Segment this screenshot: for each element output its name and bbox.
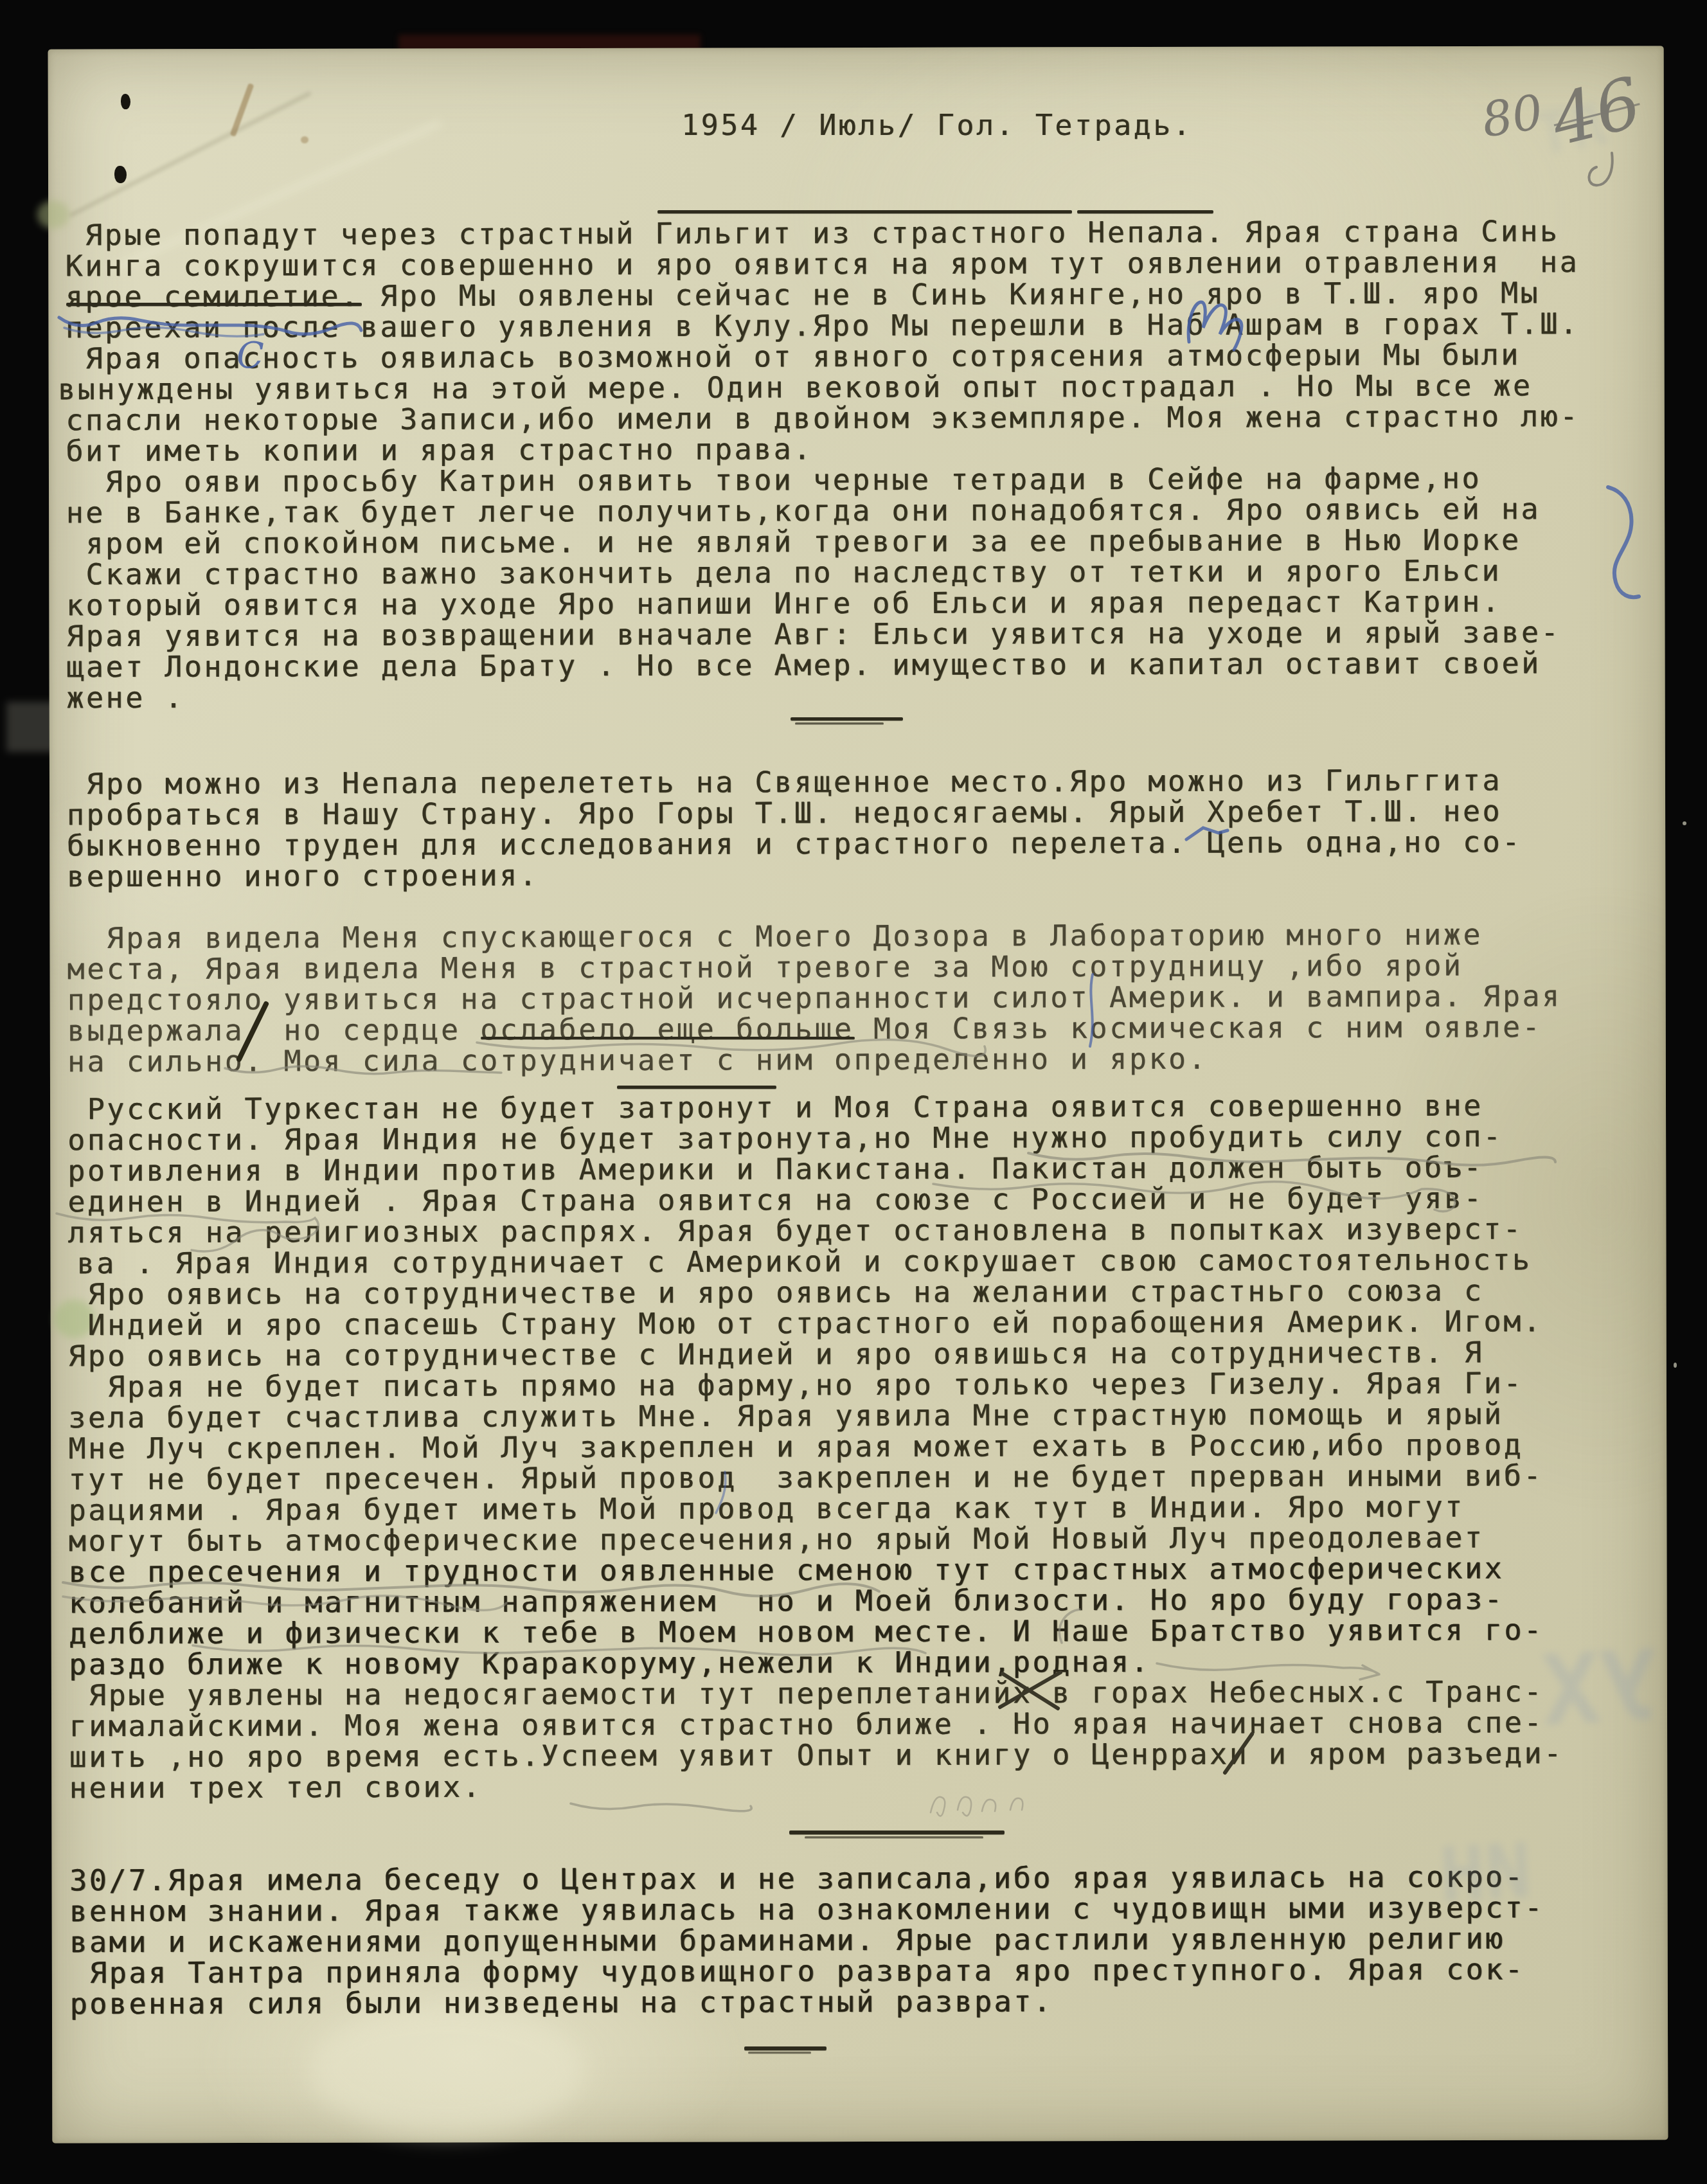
typed-line: быкновенно труден для исследования и стр… bbox=[67, 825, 1522, 863]
typed-line: вершенно иного строения. bbox=[67, 858, 539, 893]
typed-overline bbox=[617, 1086, 776, 1089]
section-separator bbox=[795, 722, 884, 724]
end-separator bbox=[748, 2052, 811, 2054]
typed-line: нении трех тел своих. bbox=[69, 1770, 483, 1805]
scanned-document-page: { "page": { "heading": "1954 / Июль/ Гол… bbox=[0, 0, 1707, 2184]
typed-line: ровенная силя были низведены на страстны… bbox=[70, 1984, 1053, 2021]
typed-line: жене . bbox=[66, 681, 184, 715]
section-separator bbox=[791, 717, 903, 721]
typed-line: на сильно. Моя сила сотрудничает с ним о… bbox=[67, 1042, 1208, 1079]
archival-number-left: 80 bbox=[1478, 84, 1546, 148]
typed-line: шить ,но яро время есть.Успеем уявит Опы… bbox=[69, 1736, 1564, 1774]
typed-overline bbox=[1077, 210, 1213, 213]
typed-line: щает Лондонские дела Брату . Но все Амер… bbox=[66, 646, 1541, 684]
typed-underline bbox=[481, 1037, 855, 1039]
section-separator bbox=[805, 1836, 983, 1838]
typed-underline bbox=[66, 303, 362, 306]
typed-overline bbox=[657, 210, 1072, 213]
end-separator bbox=[744, 2046, 827, 2050]
section-separator bbox=[789, 1830, 1005, 1834]
typed-line: спасли некоторые Записи,ибо имели в двой… bbox=[66, 399, 1580, 437]
text-layer: Ярые попадут через страстный Гильгит из … bbox=[0, 0, 1707, 2184]
